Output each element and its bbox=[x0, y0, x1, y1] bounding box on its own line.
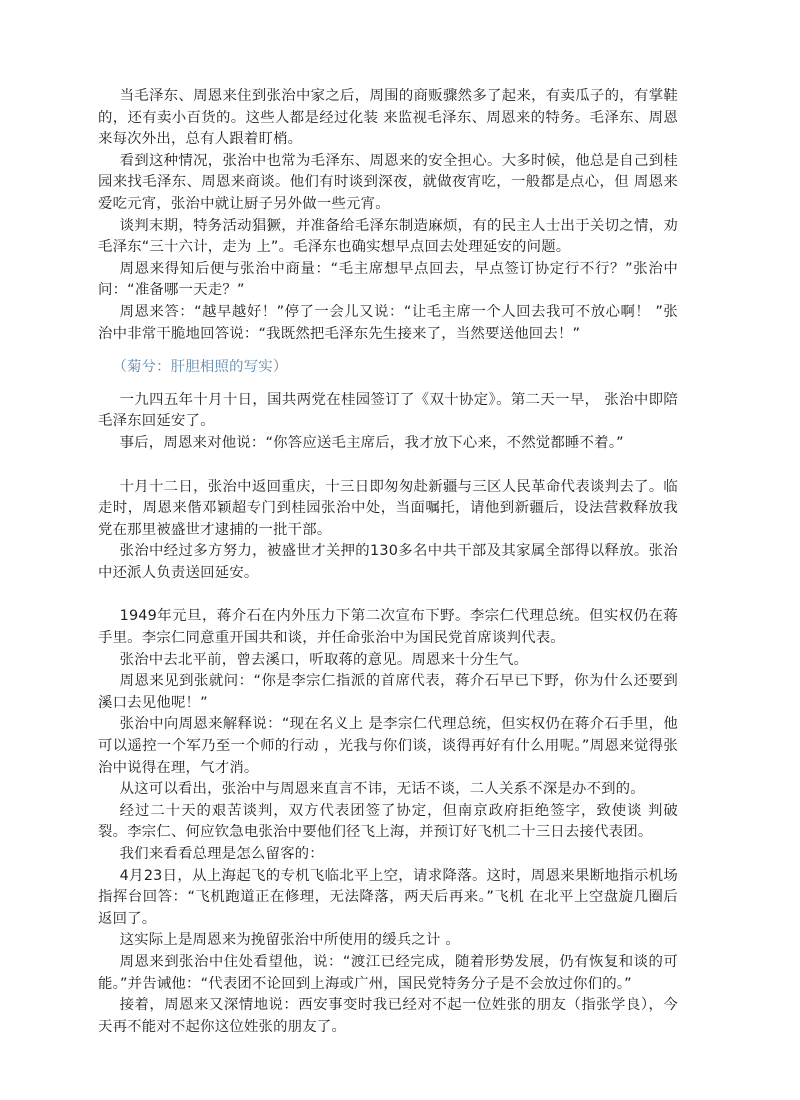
paragraph: 张治中去北平前，曾去溪口，听取蒋的意见。周恩来十分生气。 bbox=[98, 650, 678, 672]
paragraph: 一九四五年十月十日，国共两党在桂园签订了《双十协定》。第二天一早， 张治中即陪毛… bbox=[98, 390, 678, 433]
paragraph: 周恩来到张治中住处看望他，说：“渡江已经完成，随着形势发展，仍有恢复和谈的可能。… bbox=[98, 952, 678, 995]
paragraph: 看到这种情况，张治中也常为毛泽东、周恩来的安全担心。大多时候，他总是自己到桂 园… bbox=[98, 151, 678, 216]
paragraph: 张治中向周恩来解释说：“现在名义上 是李宗仁代理总统，但实权仍在蒋介石手里，他可… bbox=[98, 714, 678, 779]
paragraph: 这实际上是周恩来为挽留张治中所使用的缓兵之计 。 bbox=[98, 930, 678, 952]
section-heading: （菊兮：肝胆相照的写实） bbox=[98, 357, 678, 379]
paragraph: 4月23日，从上海起飞的专机飞临北平上空，请求降落。这时，周恩来果断地指示机场指… bbox=[98, 866, 678, 931]
paragraph: 谈判末期，特务活动猖獗，并准备给毛泽东制造麻烦，有的民主人士出于关切之情，劝毛泽… bbox=[98, 216, 678, 259]
paragraph: 1949年元旦，蒋介石在内外压力下第二次宣布下野。李宗仁代理总统。但实权仍在蒋手… bbox=[98, 606, 678, 649]
paragraph: 周恩来见到张就问：“你是李宗仁指派的首席代表，蒋介石早已下野，你为什么还要到溪口… bbox=[98, 671, 678, 714]
paragraph: 张治中经过多方努力，被盛世才关押的130多名中共干部及其家属全部得以释放。张治中… bbox=[98, 541, 678, 584]
paragraph: 我们来看看总理是怎么留客的： bbox=[98, 844, 678, 866]
paragraph: 从这可以看出，张治中与周恩来直言不讳，无话不谈，二人关系不深是办不到的。 bbox=[98, 779, 678, 801]
paragraph: 接着，周恩来又深情地说：西安事变时我已经对不起一位姓张的朋友（指张学良），今天再… bbox=[98, 995, 678, 1038]
paragraph: 事后，周恩来对他说：“你答应送毛主席后，我才放下心来，不然觉都睡不着。” bbox=[98, 433, 678, 455]
paragraph: 十月十二日，张治中返回重庆，十三日即匆匆赴新疆与三区人民革命代表谈判去了。临走时… bbox=[98, 477, 678, 542]
paragraph: 周恩来得知后便与张治中商量：“毛主席想早点回去，早点签订协定行不行？”张治中问：… bbox=[98, 259, 678, 302]
paragraph: 当毛泽东、周恩来住到张治中家之后，周围的商贩骤然多了起来，有卖瓜子的，有掌鞋的，… bbox=[98, 86, 678, 151]
paragraph: 周恩来答：“越早越好！”停了一会儿又说：“让毛主席一个人回去我可不放心啊！ ”张… bbox=[98, 302, 678, 345]
paragraph: 经过二十天的艰苦谈判，双方代表团签了协定，但南京政府拒绝签字，致使谈 判破裂。李… bbox=[98, 801, 678, 844]
document-page: 当毛泽东、周恩来住到张治中家之后，周围的商贩骤然多了起来，有卖瓜子的，有掌鞋的，… bbox=[0, 0, 800, 1100]
